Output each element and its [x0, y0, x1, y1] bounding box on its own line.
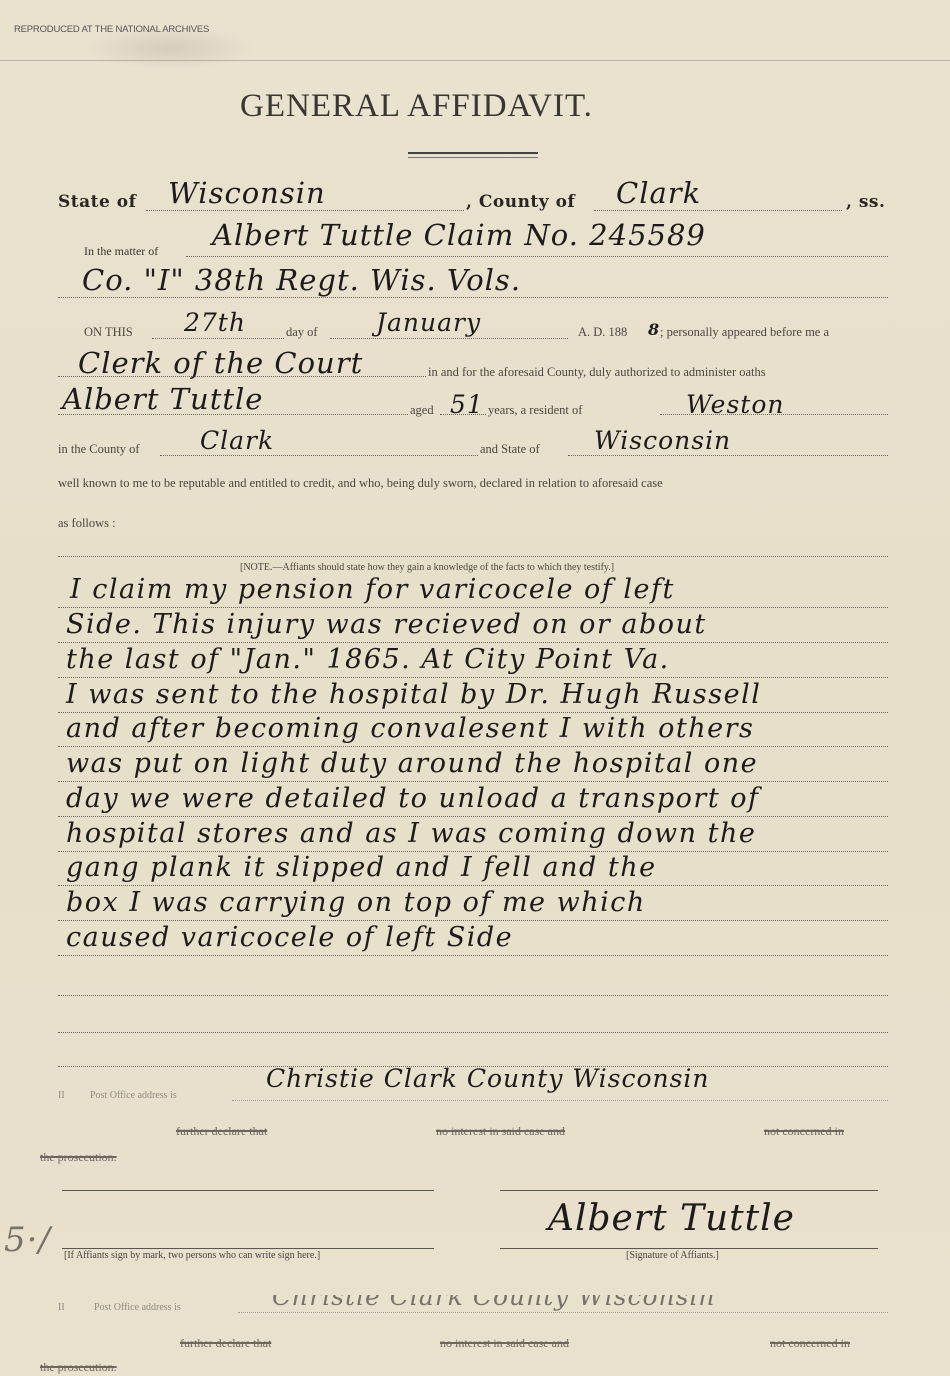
- struck-further-declare-2: further declare that: [180, 1336, 271, 1351]
- statement-line[interactable]: and after becoming convalesent I with ot…: [66, 713, 754, 744]
- statement-rule: [58, 1032, 888, 1033]
- affiant-signature[interactable]: Albert Tuttle: [548, 1198, 795, 1239]
- statement-rule: [58, 677, 888, 678]
- struck-further-declare-1: further declare that: [176, 1124, 267, 1139]
- statement-rule: [58, 642, 888, 643]
- statement-rule: [58, 955, 888, 956]
- matter-line-2: [58, 297, 888, 298]
- statement-rule: [58, 816, 888, 817]
- affiant-signature-label: [Signature of Affiants.]: [626, 1250, 719, 1261]
- archives-stamp: REPRODUCED AT THE NATIONAL ARCHIVES: [14, 24, 209, 35]
- statement-line[interactable]: box I was carrying on top of me which: [66, 887, 646, 918]
- as-follows-text: as follows :: [58, 516, 116, 531]
- witness-line-top: [62, 1190, 434, 1191]
- officer-field[interactable]: Clerk of the Court: [78, 346, 363, 380]
- roman-ii-marker-2: II: [58, 1302, 65, 1313]
- statement-line[interactable]: gang plank it slipped and I fell and the: [66, 852, 657, 883]
- state-label: State of: [58, 192, 136, 212]
- month-field[interactable]: January: [376, 308, 481, 337]
- note-top-line: [58, 556, 888, 557]
- authority-label: in and for the aforesaid County, duly au…: [428, 365, 766, 380]
- personally-appeared-label: ; personally appeared before me a: [660, 325, 829, 340]
- month-line: [330, 338, 568, 339]
- state-of-field[interactable]: Wisconsin: [594, 426, 731, 455]
- years-resident-label: years, a resident of: [488, 403, 582, 418]
- aged-label: aged: [410, 403, 434, 418]
- statement-line[interactable]: the last of "Jan." 1865. At City Point V…: [66, 644, 670, 675]
- margin-mark: 5·/: [4, 1220, 51, 1260]
- well-known-text: well known to me to be reputable and ent…: [58, 476, 663, 491]
- county-label: , County of: [466, 192, 575, 212]
- county-of-line: [160, 455, 478, 456]
- county-field-line: [594, 210, 842, 211]
- statement-line[interactable]: hospital stores and as I was coming down…: [66, 818, 756, 849]
- state-field[interactable]: Wisconsin: [168, 176, 326, 210]
- struck-prosecution-2: the prosecution.: [40, 1360, 117, 1375]
- ss-label: , ss.: [846, 192, 885, 212]
- scan-edge-line: [0, 60, 950, 61]
- residence-field[interactable]: Weston: [686, 390, 784, 419]
- witness-line-bottom: [62, 1248, 434, 1249]
- ad-label: A. D. 188: [578, 325, 627, 340]
- day-line: [152, 338, 284, 339]
- post-office-label-1: Post Office address is: [90, 1090, 177, 1101]
- post-office-field-2[interactable]: Christie Clark County Wisconsin: [272, 1282, 716, 1311]
- state-of-label: and State of: [480, 442, 540, 457]
- state-of-line: [568, 455, 888, 456]
- statement-line[interactable]: I claim my pension for varicocele of lef…: [70, 574, 675, 605]
- year-digit-field[interactable]: 8: [648, 320, 660, 339]
- statement-line[interactable]: was put on light duty around the hospita…: [66, 748, 758, 779]
- county-of-field[interactable]: Clark: [200, 426, 274, 455]
- struck-no-interest-2: no interest in said case and: [440, 1336, 569, 1351]
- matter-field-2[interactable]: Co. "I" 38th Regt. Wis. Vols.: [82, 263, 521, 297]
- statement-rule: [58, 920, 888, 921]
- on-this-label: ON THIS: [84, 325, 133, 340]
- statement-rule: [58, 607, 888, 608]
- title-underline: [408, 152, 538, 158]
- statement-rule: [58, 995, 888, 996]
- county-of-label: in the County of: [58, 442, 140, 457]
- post-office-field-1[interactable]: Christie Clark County Wisconsin: [266, 1064, 710, 1093]
- post-office-line-2: [238, 1312, 888, 1313]
- statement-rule: [58, 781, 888, 782]
- state-field-line: [146, 210, 464, 211]
- statement-rule: [58, 746, 888, 747]
- affidavit-page: REPRODUCED AT THE NATIONAL ARCHIVES GENE…: [0, 0, 950, 1376]
- day-field[interactable]: 27th: [184, 308, 246, 337]
- matter-label: In the matter of: [84, 244, 158, 259]
- county-field[interactable]: Clark: [616, 176, 701, 210]
- statement-line[interactable]: day we were detailed to unload a transpo…: [66, 783, 760, 814]
- affiant-field[interactable]: Albert Tuttle: [62, 382, 263, 416]
- age-field[interactable]: 51: [450, 390, 484, 419]
- struck-no-interest-1: no interest in said case and: [436, 1124, 565, 1139]
- affiant-sig-line-bottom: [500, 1248, 878, 1249]
- matter-line-1: [186, 256, 888, 257]
- matter-field-1[interactable]: Albert Tuttle Claim No. 245589: [212, 218, 706, 252]
- struck-not-concerned-1: not concerned in: [764, 1124, 844, 1139]
- statement-line[interactable]: Side. This injury was recieved on or abo…: [66, 609, 707, 640]
- note-text: [NOTE.—Affiants should state how they ga…: [240, 562, 614, 573]
- page-title: GENERAL AFFIDAVIT.: [240, 88, 593, 125]
- post-office-label-2: Post Office address is: [94, 1302, 181, 1313]
- post-office-line-1: [232, 1100, 888, 1101]
- statement-line[interactable]: caused varicocele of left Side: [66, 922, 513, 953]
- statement-line[interactable]: I was sent to the hospital by Dr. Hugh R…: [66, 679, 761, 710]
- statement-rule: [58, 885, 888, 886]
- struck-not-concerned-2: not concerned in: [770, 1336, 850, 1351]
- affiant-sig-line-top: [500, 1190, 878, 1191]
- roman-ii-marker: II: [58, 1090, 65, 1101]
- day-of-label: day of: [286, 325, 318, 340]
- mark-note: [If Affiants sign by mark, two persons w…: [64, 1250, 320, 1261]
- struck-prosecution-1: the prosecution.: [40, 1150, 117, 1165]
